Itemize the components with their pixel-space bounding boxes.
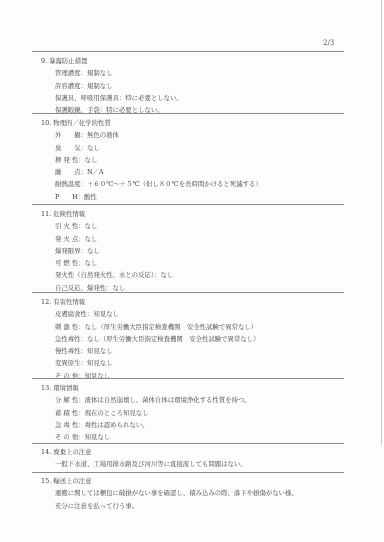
section-row: 蓄 積 性：現在のところ知見なし: [41, 407, 251, 419]
divider: [32, 292, 344, 293]
section-heading: 11. 危険性情報: [41, 208, 173, 220]
section-14-disposal: 14. 廃棄上の注意 一般下水道、工場用排水路及び河川等に直接流しても問題はない…: [41, 446, 247, 471]
section-row: 引 火 性：なし: [41, 220, 173, 232]
section-row: 許容濃度：規制なし: [41, 80, 183, 92]
section-row: 外 観：無色の液体: [41, 129, 262, 141]
section-row: 可 燃 性：なし: [41, 257, 173, 269]
page-edge-line: [381, 0, 382, 445]
divider: [32, 378, 344, 379]
section-row: 慢性毒性：知見なし: [41, 345, 260, 357]
section-heading: 14. 廃棄上の注意: [41, 446, 247, 458]
section-15-transport: 15. 輸送上の注意 運搬に関しては梱包に破損がない事を確認し、積み込みの際、落…: [41, 475, 298, 512]
page-number: 2/3: [323, 39, 334, 47]
section-row: 運搬に関しては梱包に破損がない事を確認し、積み込みの際、落下や損傷がない様、: [41, 487, 298, 499]
divider: [32, 204, 344, 205]
section-row: 充分に注意を払って行う事。: [41, 500, 298, 512]
section-13-environment: 13. 環境情報 分 解 性：液体は自然崩壊し、菌体自体は環境浄化する性質を持つ…: [41, 382, 251, 443]
section-row: 刺 激 性：なし（厚生労働大臣指定検査機関 安全性試験で異常なし）: [41, 321, 260, 333]
divider: [32, 472, 344, 473]
section-row: 保護具、呼吸用保護具：特に必要としない。: [41, 92, 183, 104]
section-row: 発 火 点：なし: [41, 233, 173, 245]
section-heading: 9. 暴露防止措置: [41, 55, 183, 67]
section-row: 皮膚腐食性：知見なし: [41, 308, 260, 320]
section-row: 変異原生：知見なし: [41, 357, 260, 369]
section-row: 保護眼鏡、手袋：特に必要としない。: [41, 104, 183, 116]
section-11-hazard: 11. 危険性情報 引 火 性：なし 発 火 点：なし 爆発限界：なし 可 燃 …: [41, 208, 173, 294]
section-row: 一般下水道、工場用排水路及び河川等に直接流しても問題はない。: [41, 458, 247, 470]
section-row: 急 毒 性：毒性は認められない。: [41, 419, 251, 431]
section-row: 耐熱温度：＋６０℃～＋５℃（但し８０℃を長時間かけると死滅する）: [41, 178, 262, 190]
section-row: 爆発限界：なし: [41, 245, 173, 257]
divider: [32, 113, 344, 114]
section-row: 揮 発 性：なし: [41, 154, 262, 166]
section-heading: 15. 輸送上の注意: [41, 475, 298, 487]
section-row: P H：酸性: [41, 191, 262, 203]
section-row: 臭 気：なし: [41, 142, 262, 154]
section-row: 急性毒性：なし（厚生労働大臣指定検査機関 安全性試験で異常なし）: [41, 333, 260, 345]
section-heading: 12. 有害性情報: [41, 296, 260, 308]
divider: [32, 443, 344, 444]
section-row: そ の 他：知見なし: [41, 431, 251, 443]
divider: [32, 51, 344, 52]
section-row: 管理濃度：規制なし: [41, 67, 183, 79]
section-10-physical-chemical: 10. 物理的／化学的性質 外 観：無色の液体 臭 気：なし 揮 発 性：なし …: [41, 117, 262, 203]
section-heading: 13. 環境情報: [41, 382, 251, 394]
section-row: 分 解 性：液体は自然崩壊し、菌体自体は環境浄化する性質を持つ。: [41, 394, 251, 406]
section-12-toxicity: 12. 有害性情報 皮膚腐食性：知見なし 刺 激 性：なし（厚生労働大臣指定検査…: [41, 296, 260, 382]
section-row: 発火性（自然発火性、水との反応）：なし: [41, 269, 173, 281]
section-row: 融 点：N／A: [41, 166, 262, 178]
section-row: そ の 他：知見なし: [41, 370, 260, 382]
section-9-exposure-control: 9. 暴露防止措置 管理濃度：規制なし 許容濃度：規制なし 保護具、呼吸用保護具…: [41, 55, 183, 116]
section-heading: 10. 物理的／化学的性質: [41, 117, 262, 129]
